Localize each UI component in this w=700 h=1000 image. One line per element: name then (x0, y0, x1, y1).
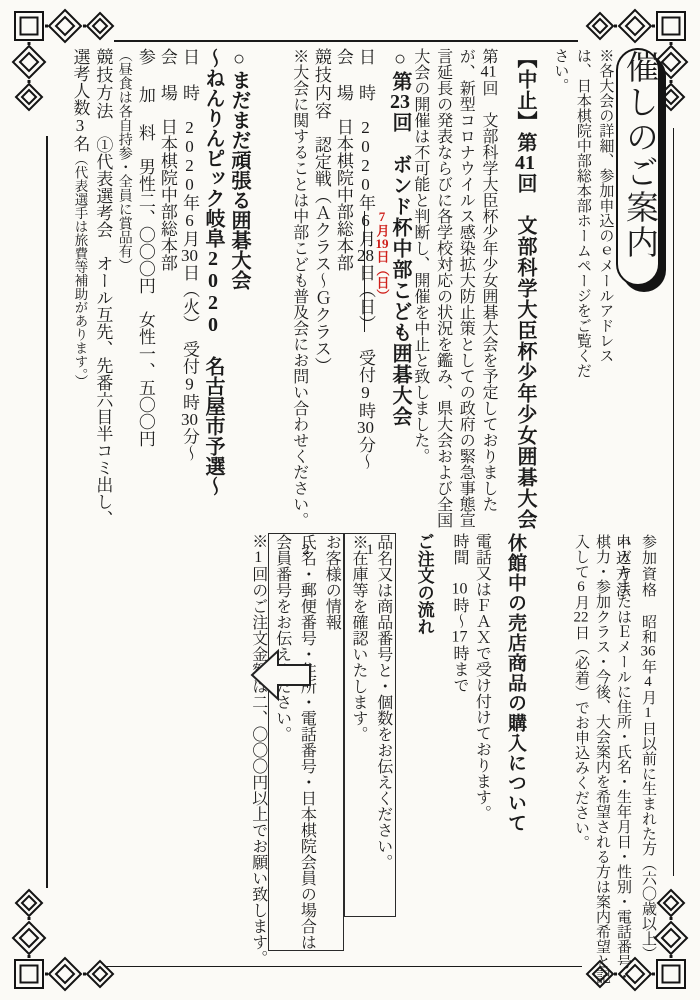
section-bond-heading: ○第23回 ボンド杯中部こども囲碁大会 (386, 48, 413, 532)
shop-section: 休館中の売店商品の購入について 電話又はＦＡＸで受け付けております。 時間 10… (247, 533, 528, 983)
date-year: 2020年 (356, 118, 375, 211)
qualification-label: 参加資格 (640, 534, 656, 598)
section-cancelled: 【中止】第41回 文部科学大臣杯少年少女囲碁大会 第41回 文部科学大臣杯少年少… (408, 48, 538, 532)
date-label: 日 時 (180, 48, 199, 102)
application-value: ハガキまたはＥメールに住所・氏名・生年月日・性別・電話番号・棋力・参加クラス・今… (570, 534, 633, 990)
order-flow-heading: ご注文の流れ (412, 533, 436, 983)
date-label: 日 時 (356, 48, 375, 102)
application-row: 申込方法 ハガキまたはＥメールに住所・氏名・生年月日・性別・電話番号・棋力・参加… (570, 534, 633, 990)
page-title: 催しのご案内 (621, 50, 657, 260)
section-nenrin-heading-1: ○まだまだ頑張る囲碁大会 (226, 48, 252, 532)
order-step-2: 2 お客様の情報 氏名・郵便番号・住所・電話番号・日本棋院会員の場合は会員番号を… (268, 533, 344, 951)
section-nenrin: ○まだまだ頑張る囲碁大会 ～ねんりんピック岐阜2020 名古屋市予選～ 日 時2… (68, 48, 252, 532)
section-bond-cup: ○第23回 ボンド杯中部こども囲碁大会 日 時2020年6月28日（日）7月19… (287, 48, 413, 532)
left-arrow-icon (249, 646, 313, 704)
venue-label: 会 場 (158, 48, 177, 102)
order-step-1: 1 品名又は商品番号と・個数をお伝えください。 ※在庫等を確認いたします。 (344, 533, 396, 917)
method-label: 競技方法 (93, 48, 112, 120)
application-label: 申込方法 (611, 534, 632, 598)
date-value: 2020年6月30日（火） 受付9時30分～ (180, 118, 199, 462)
method-note: （代表選手は旅費等補助があります。） (72, 152, 87, 388)
revised-date: 7月19日（日） (374, 209, 388, 327)
venue-label: 会 場 (334, 48, 353, 102)
shop-hours-line: 時間 10時～17時まで (448, 533, 470, 983)
struck-date-wrap: 6月28日（日）7月19日（日） (354, 211, 376, 332)
border-line-right (673, 128, 675, 876)
step-1-text: 品名又は商品番号と・個数をお伝えください。 (370, 534, 395, 916)
section-cancelled-heading: 【中止】第41回 文部科学大臣杯少年少女囲碁大会 (511, 48, 538, 532)
border-line-left (46, 136, 48, 888)
qualification-row: 参加資格昭和36年4月1日以前に生まれた方（六〇歳以上） (637, 534, 658, 990)
step-1-number: 1 (345, 542, 395, 559)
bond-venue-row: 会 場日本棋院中部総本部 (332, 48, 354, 532)
qualification-value: 昭和36年4月1日以前に生まれた方（六〇歳以上） (640, 614, 656, 961)
step-1-note: ※在庫等を確認いたします。 (345, 534, 370, 916)
venue-value: 日本棋院中部総本部 (334, 118, 353, 271)
venue-value: 日本棋院中部総本部 (158, 118, 177, 271)
step-2-number: 2 (269, 542, 343, 559)
struck-date: 6月28日（日） (356, 211, 375, 332)
nenrin-venue-row: 会 場日本棋院中部総本部 (156, 48, 178, 532)
nenrin-date-row: 日 時2020年6月30日（火） 受付9時30分～ (178, 48, 200, 532)
section-nenrin-heading-2: ～ねんりんピック岐阜2020 名古屋市予選～ (200, 48, 226, 532)
masthead-note: ※各大会の詳細、参加申込のｅメールアドレスは、日本棋院中部総本部ホームページをご… (549, 48, 617, 386)
step-2-body: お客様の情報 氏名・郵便番号・住所・電話番号・日本棋院会員の場合は会員番号をお伝… (269, 534, 343, 950)
corner-ornament-bottom-left (8, 883, 120, 995)
border-line-top (114, 40, 578, 42)
nenrin-method-row: 競技方法①代表選考会 オール互先、先番六目半コミ出し、選考人数3名（代表選手は旅… (68, 48, 114, 532)
fee-label: 参 加 料 (136, 48, 155, 142)
nenrin-fee-note: （昼食は各自持参・全員に賞品有） (113, 48, 133, 532)
step-1-body: 品名又は商品番号と・個数をお伝えください。 ※在庫等を確認いたします。 (345, 534, 395, 916)
section-cancelled-body: 第41回 文部科学大臣杯少年少女囲碁大会を予定しておりましたが、新型コロナウイル… (408, 48, 499, 532)
shop-minimum-note: ※1回のご注文金額は二、〇〇〇円以上でお願い致します。 (247, 533, 268, 983)
fee-value: 男性二、〇〇〇円 女性一、五〇〇円 (136, 158, 155, 447)
page-title-box: 催しのご案内 (616, 48, 660, 286)
shop-phone-line: 電話又はＦＡＸで受け付けております。 (470, 533, 492, 983)
nenrin-fee-row: 参 加 料男性二、〇〇〇円 女性一、五〇〇円 (134, 48, 156, 532)
step-2-title: お客様の情報 (318, 534, 343, 950)
bond-date-row: 日 時2020年6月28日（日）7月19日（日） 受付9時30分～ (354, 48, 376, 532)
step-2-text: 氏名・郵便番号・住所・電話番号・日本棋院会員の場合は会員番号をお伝えください。 (269, 534, 319, 950)
bond-content-row: 競技内容認定戦（Ａクラス～Ｇクラス） (310, 48, 332, 532)
shop-heading: 休館中の売店商品の購入について (502, 533, 528, 983)
reception-time: 受付9時30分～ (356, 332, 375, 470)
masthead: 催しのご案内 ※各大会の詳細、参加申込のｅメールアドレスは、日本棋院中部総本部ホ… (549, 48, 660, 393)
content-value: 認定戦（Ａクラス～Ｇクラス） (312, 136, 331, 374)
content-label: 競技内容 (312, 48, 331, 120)
eligibility-block: 参加資格昭和36年4月1日以前に生まれた方（六〇歳以上） 申込方法 ハガキまたは… (570, 534, 658, 990)
bond-note: ※大会に関することは中部こども普及会にお問い合わせください。 (287, 48, 310, 532)
